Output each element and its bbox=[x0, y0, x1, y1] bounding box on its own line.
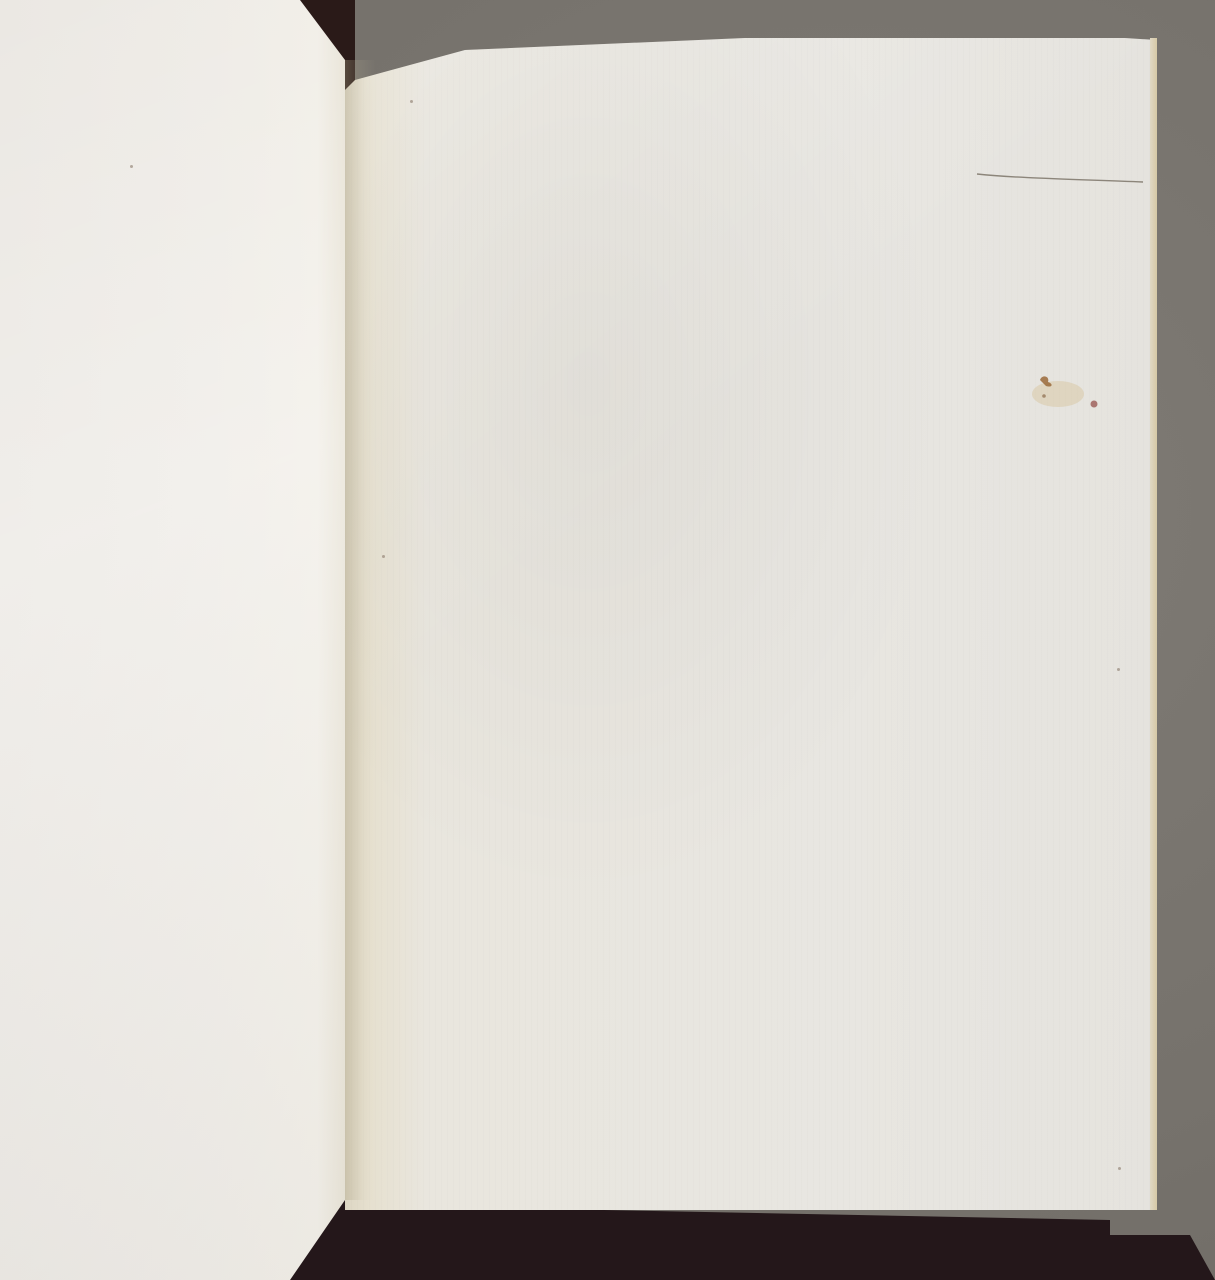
right-page-blank bbox=[345, 30, 1157, 1210]
paper-speck bbox=[382, 555, 385, 558]
paper-speck bbox=[130, 165, 133, 168]
page-fore-edge bbox=[1150, 38, 1157, 1210]
paper-crease-mark bbox=[975, 170, 1145, 184]
paper-speck bbox=[1117, 668, 1120, 671]
paper-speck bbox=[410, 100, 413, 103]
foxing-stain-mark bbox=[1028, 372, 1100, 412]
paper-speck bbox=[1118, 1167, 1121, 1170]
book-gutter-shadow bbox=[345, 60, 375, 1200]
left-page-blank bbox=[0, 0, 345, 1280]
